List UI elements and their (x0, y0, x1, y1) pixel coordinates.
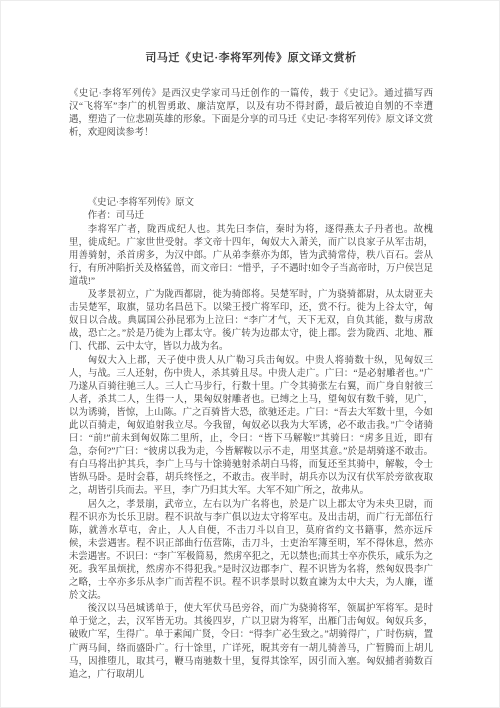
body-paragraph: 李将军广者，陇西成纪人也。其先曰李信，秦时为将，逐得燕太子丹者也。故槐里，徙成纪… (69, 224, 433, 289)
document-body: 李将军广者，陇西成纪人也。其先曰李信，秦时为将，逐得燕太子丹者也。故槐里，徙成纪… (69, 224, 433, 682)
intro-paragraph: 《史记·李将军列传》是西汉史学家司马迁创作的一篇传，载于《史记》。通过描写西汉“… (69, 88, 433, 140)
body-paragraph: 及孝景初立，广为陇西都尉，徙为骑郎将。吴楚军时，广为骁骑都尉，从太尉亚夫击吴楚军… (69, 289, 433, 354)
body-paragraph: 居久之，孝景崩，武帝立，左右以为广名将也，於是广以上郡太守为未央卫尉，而程不识亦… (69, 499, 433, 604)
page-title: 司马迁《史记·李将军列传》原文译文赏析 (69, 51, 433, 66)
document-page: 司马迁《史记·李将军列传》原文译文赏析 《史记·李将军列传》是西汉史学家司马迁创… (0, 0, 500, 708)
body-paragraph: 匈奴大入上郡，天子使中贵人从广勒习兵击匈奴。中贵人将骑数十纵，见匈奴三人，与战。… (69, 355, 433, 499)
body-paragraph: 後汉以马邑城诱单于，使大军伏马邑旁谷，而广为骁骑将军，领属护军将军。是时单于觉之… (69, 603, 433, 682)
author-line: 作者：司马迁 (69, 210, 433, 223)
section-heading: 《史记·李将军列传》原文 (69, 197, 433, 210)
